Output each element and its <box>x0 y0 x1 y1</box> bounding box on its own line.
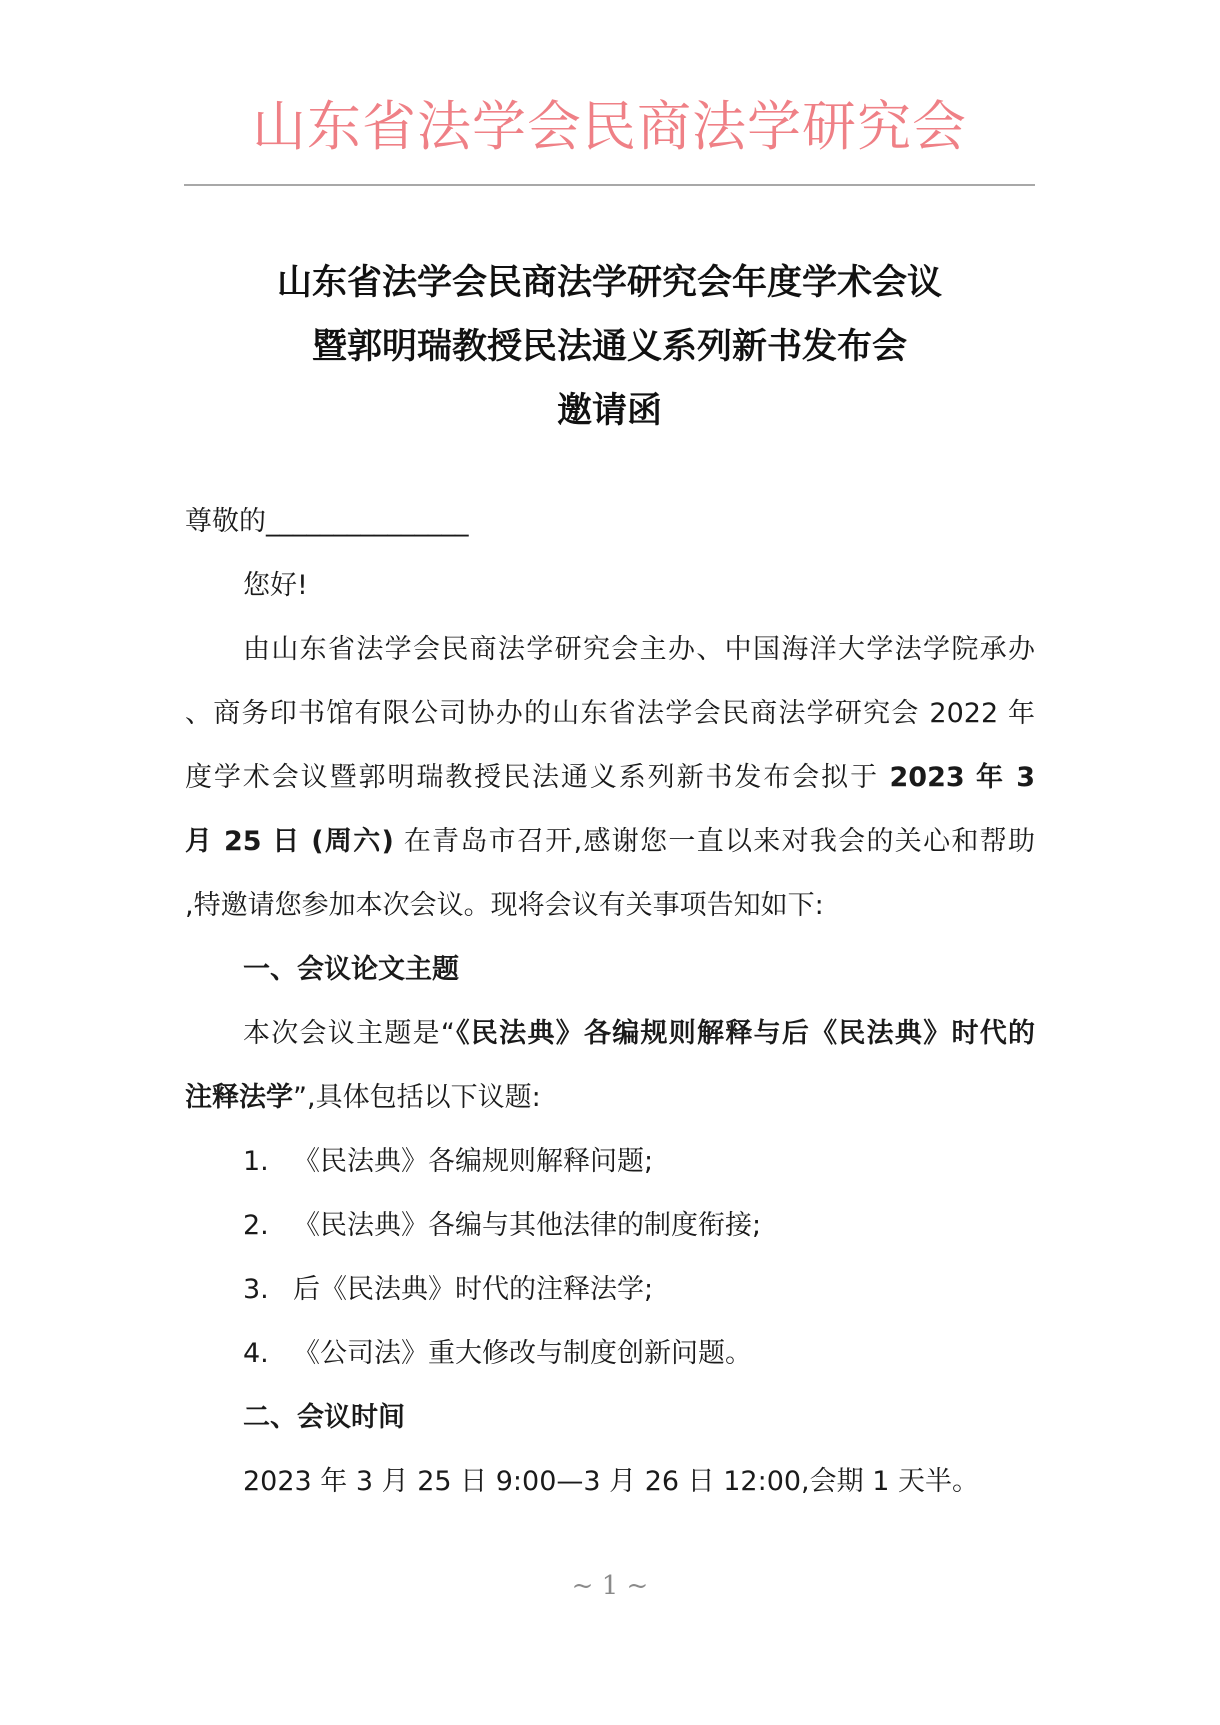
theme-line-2: 注释法学”,具体包括以下议题: <box>185 1078 1035 1118</box>
salutation: 尊敬的_______________ <box>185 502 1035 542</box>
intro-text: 在青岛市召开,感谢您一直以来对我会的关心和帮助 <box>394 826 1035 857</box>
list-item-text: 《民法典》各编规则解释问题; <box>293 1146 653 1177</box>
greeting: 您好! <box>243 566 1035 606</box>
intro-line-4: 月 25 日 (周六) 在青岛市召开,感谢您一直以来对我会的关心和帮助 <box>185 822 1035 862</box>
intro-line-2: 、商务印书馆有限公司协办的山东省法学会民商法学研究会 2022 年 <box>185 694 1035 734</box>
intro-line-5: ,特邀请您参加本次会议。现将会议有关事项告知如下: <box>185 886 1035 926</box>
page-number: ~ 1 ~ <box>0 1568 1220 1604</box>
org-letterhead-title: 山东省法学会民商法学研究会 <box>184 92 1035 162</box>
list-item-text: 《公司法》重大修改与制度创新问题。 <box>293 1338 752 1369</box>
theme-title-bold-cont: 注释法学 <box>185 1082 293 1113</box>
intro-text: 度学术会议暨郭明瑞教授民法通义系列新书发布会拟于 <box>185 762 890 793</box>
meeting-date-bold-cont: 月 25 日 (周六) <box>185 826 394 857</box>
intro-line-1: 由山东省法学会民商法学研究会主办、中国海洋大学法学院承办 <box>243 630 1035 670</box>
salutation-prefix: 尊敬的 <box>185 506 266 537</box>
letterhead-divider <box>184 184 1035 186</box>
list-item: 3.后《民法典》时代的注释法学; <box>243 1270 1035 1310</box>
doc-title-line-1: 山东省法学会民商法学研究会年度学术会议 <box>184 258 1035 308</box>
theme-prefix: 本次会议主题是“ <box>243 1018 455 1049</box>
doc-title-line-2: 暨郭明瑞教授民法通义系列新书发布会 <box>184 322 1035 372</box>
doc-title-line-3: 邀请函 <box>184 386 1035 436</box>
list-item-number: 1. <box>243 1142 293 1182</box>
document-page: 山东省法学会民商法学研究会 山东省法学会民商法学研究会年度学术会议 暨郭明瑞教授… <box>0 0 1220 1725</box>
section-heading-time: 二、会议时间 <box>243 1398 1035 1438</box>
list-item: 2.《民法典》各编与其他法律的制度衔接; <box>243 1206 1035 1246</box>
theme-suffix: ”,具体包括以下议题: <box>293 1082 541 1113</box>
list-item-text: 后《民法典》时代的注释法学; <box>293 1274 653 1305</box>
meeting-date-bold: 2023 年 3 <box>890 762 1035 793</box>
theme-line-1: 本次会议主题是“《民法典》各编规则解释与后《民法典》时代的 <box>243 1014 1035 1054</box>
meeting-time-text: 2023 年 3 月 25 日 9:00—3 月 26 日 12:00,会期 1… <box>243 1462 1035 1502</box>
list-item: 4.《公司法》重大修改与制度创新问题。 <box>243 1334 1035 1374</box>
list-item-number: 3. <box>243 1270 293 1310</box>
list-item-number: 4. <box>243 1334 293 1374</box>
list-item-text: 《民法典》各编与其他法律的制度衔接; <box>293 1210 761 1241</box>
theme-title-bold: 《民法典》各编规则解释与后《民法典》时代的 <box>455 1018 1035 1049</box>
list-item: 1.《民法典》各编规则解释问题; <box>243 1142 1035 1182</box>
section-heading-theme: 一、会议论文主题 <box>243 950 1035 990</box>
intro-line-3: 度学术会议暨郭明瑞教授民法通义系列新书发布会拟于 2023 年 3 <box>185 758 1035 798</box>
recipient-blank: _______________ <box>266 506 469 537</box>
list-item-number: 2. <box>243 1206 293 1246</box>
